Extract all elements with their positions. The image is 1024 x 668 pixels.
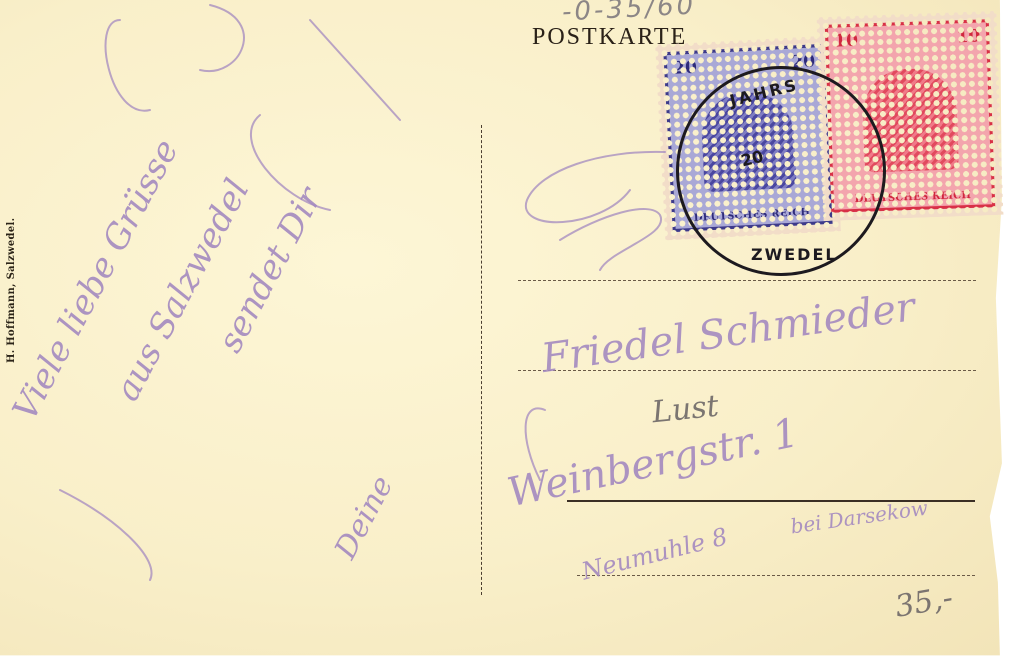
germania-portrait-icon <box>699 90 796 192</box>
stamp-value-left: 10 <box>834 31 858 52</box>
stamp-10-pfennig: 10 10 DEUTSCHES REICH <box>816 11 1003 221</box>
address-line-1 <box>518 280 976 281</box>
stamp-country: DEUTSCHES REICH <box>834 189 992 206</box>
germania-portrait-icon <box>861 67 959 172</box>
publisher-imprint: H. Hoffmann, Salzwedel. <box>6 175 26 405</box>
stamp-value-right: 10 <box>956 27 980 48</box>
stamp-20-pfennig: 20 20 DEUTSCHES REICH <box>655 36 841 241</box>
address-line-4 <box>577 575 975 576</box>
stamp-value-right: 20 <box>791 51 816 72</box>
center-divider <box>481 125 482 595</box>
stamp-country: DEUTSCHES REICH <box>675 206 829 225</box>
address-line-lust: Lust <box>650 389 720 431</box>
stamp-value-left: 20 <box>673 58 698 79</box>
